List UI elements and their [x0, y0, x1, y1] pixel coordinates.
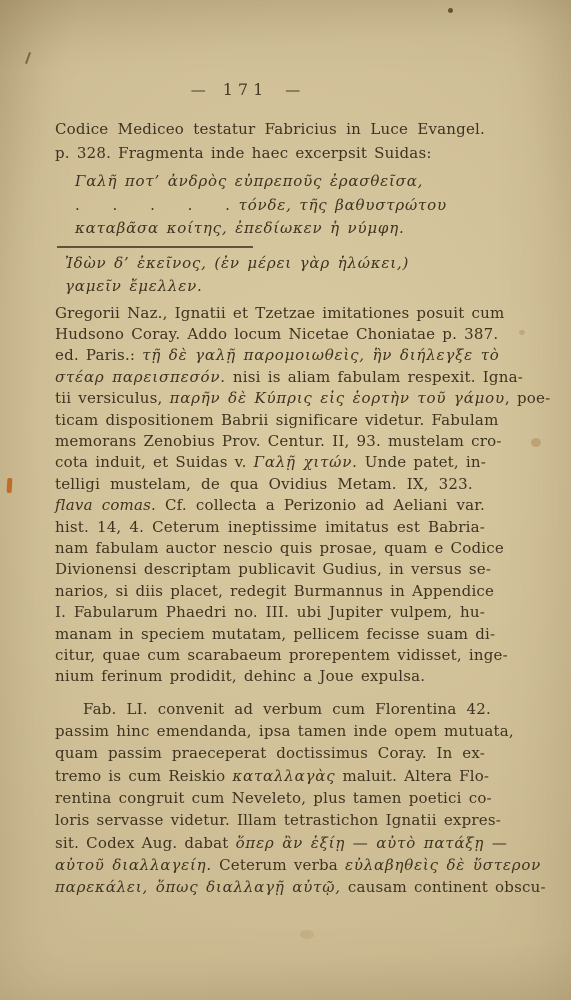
text-line: sit. Codex Aug. dabat ὅπερ ἂν ἐξίῃ — αὐτ… [55, 832, 485, 854]
latin-text: memorans Zenobius Prov. Centur. II, 93. … [55, 432, 502, 450]
greek-verse-1: Γαλῆ ποτ’ ἀνδρὸς εὐπρεποῦς ἐρασθεῖσα, . … [55, 170, 485, 241]
ellipsis-dots: . . . . . [75, 196, 231, 214]
latin-text: hist. 14, 4. Ceterum ineptissime imitatu… [55, 518, 485, 536]
paragraph-1: Codice Mediceo testatur Fabricius in Luc… [55, 118, 485, 165]
latin-text: manam in speciem mutatam, pellicem fecis… [55, 625, 495, 643]
latin-text: Cf. collecta a Perizonio ad Aeliani var. [156, 496, 485, 514]
text-line: citur, quae cum scarabaeum prorepentem v… [55, 645, 485, 666]
text-line: ed. Paris.: τῇ δὲ γαλῇ παρομοιωθεὶς, ἣν … [55, 345, 485, 366]
latin-text: Gregorii Naz., Ignatii et Tzetzae imitat… [55, 304, 504, 322]
latin-text: Fab. LI. convenit ad verbum cum Florenti… [83, 700, 491, 718]
greek-text: στέαρ παρεισπεσόν. [55, 368, 226, 386]
paragraph-2: Gregorii Naz., Ignatii et Tzetzae imitat… [55, 303, 485, 688]
greek-text: Γαλῆ ποτ’ ἀνδρὸς εὐπρεποῦς ἐρασθεῖσα, [75, 172, 423, 190]
text-line: p. 328. Fragmenta inde haec excerpsit Su… [55, 142, 485, 166]
latin-text: telligi mustelam, de qua Ovidius Metam. … [55, 475, 473, 493]
latin-text: ed. Paris.: [55, 346, 142, 364]
verse-line: γαμεῖν ἔμελλεν. [65, 275, 485, 299]
text-line: manam in speciem mutatam, pellicem fecis… [55, 624, 485, 645]
text-line: Hudsono Coray. Addo locum Nicetae Chonia… [55, 324, 485, 345]
greek-text: καταβᾶσα κοίτης, ἐπεδίωκεν ἡ νύμφη. [75, 219, 405, 237]
latin-text: Hudsono Coray. Addo locum Nicetae Chonia… [55, 325, 498, 343]
latin-text: Divionensi descriptam publicavit Gudius,… [55, 560, 491, 578]
text-line: Gregorii Naz., Ignatii et Tzetzae imitat… [55, 303, 485, 324]
verse-divider-rule [57, 246, 253, 248]
margin-annotation-mark [7, 478, 13, 493]
paper-stain [519, 330, 525, 335]
text-line: loris servasse videtur. Illam tetrastich… [55, 809, 485, 831]
latin-text: narios, si diis placet, redegit Burmannu… [55, 582, 494, 600]
greek-text: ὅπερ ἂν ἐξίῃ — αὐτὸ πατάξῃ — [236, 834, 508, 852]
latin-text: ticam dispositionem Babrii significare v… [55, 411, 499, 429]
latin-text: nam fabulam auctor nescio quis prosae, q… [55, 539, 504, 557]
text-line: Codice Mediceo testatur Fabricius in Luc… [55, 118, 485, 142]
greek-text: Ἰδὼν δ’ ἐκεῖνος, (ἐν μέρει γὰρ ἡλώκει,) [65, 254, 409, 272]
greek-text: παρεκάλει, ὅπως διαλλαγῇ αὐτῷ, [55, 878, 341, 896]
text-line: στέαρ παρεισπεσόν. nisi is aliam fabulam… [55, 367, 485, 388]
text-line: memorans Zenobius Prov. Centur. II, 93. … [55, 431, 485, 452]
verse-line: καταβᾶσα κοίτης, ἐπεδίωκεν ἡ νύμφη. [75, 217, 485, 241]
text-line: αὐτοῦ διαλλαγείη. Ceterum verba εὐλαβηθε… [55, 854, 485, 876]
latin-text: tremo is cum Reiskio [55, 767, 232, 785]
greek-verse-2: Ἰδὼν δ’ ἐκεῖνος, (ἐν μέρει γὰρ ἡλώκει,) … [55, 252, 485, 299]
paper-stain [531, 438, 541, 447]
text-line: rentina congruit cum Neveleto, plus tame… [55, 787, 485, 809]
latin-text: passim hinc emendanda, ipsa tamen inde o… [55, 722, 514, 740]
text-line: Divionensi descriptam publicavit Gudius,… [55, 559, 485, 580]
latin-text: Unde patet, in- [358, 453, 486, 471]
greek-text: τῇ δὲ γαλῇ παρομοιωθεὶς, ἣν διήλεγξε τὸ [142, 346, 499, 364]
text-line: passim hinc emendanda, ipsa tamen inde o… [55, 720, 485, 742]
greek-text: παρῆν δὲ Κύπρις εἰς ἑορτὴν τοῦ γάμου [170, 389, 505, 407]
greek-text: εὐλαβηθεὶς δὲ ὕστερον [345, 856, 541, 874]
latin-text: quam passim praeceperat doctissimus Cora… [55, 744, 485, 762]
greek-text: αὐτοῦ διαλλαγείη. [55, 856, 212, 874]
greek-text: Γαλῇ χιτών. [254, 453, 358, 471]
verse-line: Γαλῆ ποτ’ ἀνδρὸς εὐπρεποῦς ἐρασθεῖσα, [75, 170, 485, 194]
verse-line: . . . . . τόνδε, τῆς βαθυστρώτου [75, 194, 485, 218]
italic-text: flava comas. [55, 496, 156, 514]
latin-text: Ceterum verba [212, 856, 345, 874]
latin-text: cota induit, et Suidas v. [55, 453, 254, 471]
latin-text: loris servasse videtur. Illam tetrastich… [55, 811, 501, 829]
text-line: narios, si diis placet, redegit Burmannu… [55, 581, 485, 602]
latin-text: Codice Mediceo testatur Fabricius in Luc… [55, 120, 485, 138]
book-page: —171— Codice Mediceo testatur Fabricius … [0, 0, 571, 1000]
verse-line: Ἰδὼν δ’ ἐκεῖνος, (ἐν μέρει γὰρ ἡλώκει,) [65, 252, 485, 276]
greek-text: τόνδε, τῆς βαθυστρώτου [231, 196, 447, 214]
latin-text: rentina congruit cum Neveleto, plus tame… [55, 789, 492, 807]
greek-text: καταλλαγὰς [232, 767, 335, 785]
text-line: hist. 14, 4. Ceterum ineptissime imitatu… [55, 517, 485, 538]
latin-text: , poe- [505, 389, 550, 407]
text-line: telligi mustelam, de qua Ovidius Metam. … [55, 474, 485, 495]
latin-text: causam continent obscu- [341, 878, 546, 896]
paragraph-3: Fab. LI. convenit ad verbum cum Florenti… [55, 698, 485, 899]
text-body: Codice Mediceo testatur Fabricius in Luc… [55, 0, 485, 898]
latin-text: citur, quae cum scarabaeum prorepentem v… [55, 646, 508, 664]
stray-ink-mark [25, 52, 31, 64]
paper-stain [300, 930, 314, 939]
latin-text: I. Fabularum Phaedri no. III. ubi Jupite… [55, 603, 485, 621]
latin-text: tii versiculus, [55, 389, 170, 407]
text-line: ticam dispositionem Babrii significare v… [55, 410, 485, 431]
text-line: nium ferinum prodidit, dehinc a Joue exp… [55, 666, 485, 687]
text-line: παρεκάλει, ὅπως διαλλαγῇ αὐτῷ, causam co… [55, 876, 485, 898]
latin-text: nium ferinum prodidit, dehinc a Joue exp… [55, 667, 425, 685]
text-line: Fab. LI. convenit ad verbum cum Florenti… [55, 698, 485, 720]
latin-text: nisi is aliam fabulam respexit. Igna- [226, 368, 523, 386]
latin-text: p. 328. Fragmenta inde haec excerpsit Su… [55, 144, 432, 162]
text-line: flava comas. Cf. collecta a Perizonio ad… [55, 495, 485, 516]
text-line: quam passim praeceperat doctissimus Cora… [55, 742, 485, 764]
text-line: I. Fabularum Phaedri no. III. ubi Jupite… [55, 602, 485, 623]
text-line: tremo is cum Reiskio καταλλαγὰς maluit. … [55, 765, 485, 787]
text-line: nam fabulam auctor nescio quis prosae, q… [55, 538, 485, 559]
greek-text: γαμεῖν ἔμελλεν. [65, 277, 203, 295]
text-line: tii versiculus, παρῆν δὲ Κύπρις εἰς ἑορτ… [55, 388, 485, 409]
latin-text: sit. Codex Aug. dabat [55, 834, 236, 852]
latin-text: maluit. Altera Flo- [335, 767, 489, 785]
text-line: cota induit, et Suidas v. Γαλῇ χιτών. Un… [55, 452, 485, 473]
